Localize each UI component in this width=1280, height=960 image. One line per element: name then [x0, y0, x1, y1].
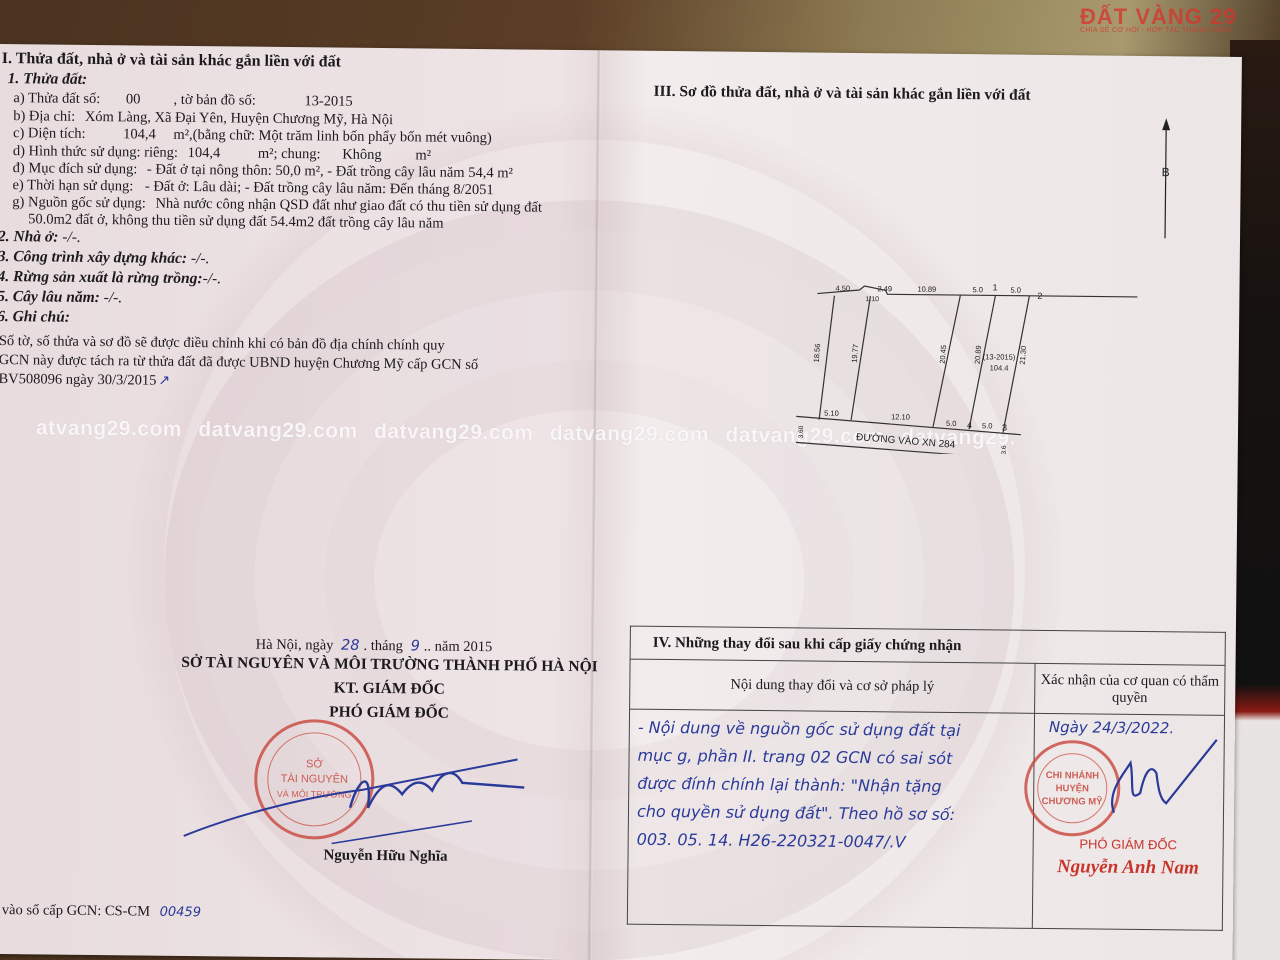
area-label: c) Diện tích: [13, 125, 86, 142]
notes-list: Số tờ, số thửa và sơ đồ sẽ được điều chỉ… [0, 332, 478, 394]
forest-row: 4. Rừng sản xuất là rừng trồng:-/-. [0, 268, 221, 288]
note-line-text: BV508096 ngày 30/3/2015 [0, 371, 156, 389]
perennial-row: 5. Cây lâu năm: -/-. [0, 288, 122, 307]
dimension-label: 4.50 [835, 284, 850, 293]
area-in-words: (bằng chữ: Một trăm linh bốn phẩy bốn mé… [193, 127, 492, 146]
vertex-label: 1 [992, 282, 997, 292]
dimension-label: 5.0 [1010, 286, 1021, 295]
address-value: Xóm Làng, Xã Đại Yên, Huyện Chương Mỹ, H… [85, 109, 393, 128]
parcel-sheet-label: (13-2015) [983, 352, 1016, 361]
registry-number-row: ố vào sổ cấp GCN: CS-CM 00459 [0, 902, 201, 921]
confirmation-cell: Ngày 24/3/2022. CHI NHÁNH HUYỆN CHƯƠNG M… [1032, 713, 1224, 930]
dimension-label: 5.0 [946, 419, 957, 428]
signer-name: Nguyễn Hữu Nghĩa [323, 847, 447, 865]
dimension-label: 5.0 [972, 285, 983, 294]
vertex-label: 4 [967, 420, 972, 430]
dimension-label: 20.89 [973, 345, 983, 364]
house-label: 2. Nhà ở: [0, 228, 58, 246]
branch-signature [1084, 732, 1225, 833]
entry-line: được đính chính lại thành: "Nhận tặng [637, 770, 1027, 802]
certificate-page: I. Thửa đất, nhà ở và tài sản khác gắn l… [0, 44, 1242, 960]
parcel-number-value: 00 [104, 91, 162, 109]
shared-area-unit: m² [415, 147, 431, 163]
issue-place-label: Hà Nội, ngày [256, 637, 334, 654]
notes-heading: 6. Ghi chú: [0, 308, 70, 327]
issue-year: năm 2015 [435, 639, 493, 656]
entry-line: - Nội dung về nguồn gốc sử dụng đất tại [638, 714, 1028, 746]
issue-month: 9 [411, 638, 420, 654]
entry-line: 003. 05. 14. H26-220321-0047/.V [637, 826, 1027, 858]
dimension-label: 12.10 [891, 412, 910, 421]
forest-value: -/-. [203, 270, 222, 287]
dimension-label: 10.89 [917, 285, 936, 294]
dimension-label: 20.45 [938, 345, 948, 364]
section-ii-title: I. Thửa đất, nhà ở và tài sản khác gắn l… [2, 50, 341, 72]
shared-area-label: m²; chung: [258, 146, 321, 163]
other-works-value: -/-. [191, 250, 210, 267]
director-signature [172, 726, 593, 850]
watermark-logo: ĐẤT VÀNG 29 CHIA SẺ CƠ HỘI - HỢP TÁC THÀ… [1080, 4, 1280, 44]
confirm-position: PHÓ GIÁM ĐỐC [1034, 836, 1223, 853]
area-value: 104,4 [123, 126, 156, 142]
parcel-area-label: 104.4 [990, 363, 1009, 372]
address-label: b) Địa chỉ: [13, 108, 75, 125]
perennial-label: 5. Cây lâu năm: [0, 288, 100, 306]
dimension-label: 3.6 [1001, 445, 1008, 454]
dimension-label: 5.10 [824, 409, 839, 418]
parcel-diagram: B 4.502.4910.895.05.01.1018.5619.7720.45… [796, 112, 1240, 457]
initials-mark: ↗ [158, 373, 170, 389]
vertex-label: 3 [1002, 423, 1007, 433]
area-unit: m², [173, 127, 192, 143]
usage-purpose-label: đ) Mục đích sử dụng: [13, 160, 138, 177]
svg-text:B: B [1162, 165, 1170, 179]
north-arrow-icon: B [1161, 118, 1170, 238]
col-header-confirm: Xác nhận của cơ quan có thẩm quyền [1035, 663, 1226, 715]
logo-slogan: CHIA SẺ CƠ HỘI - HỢP TÁC THÀNH CÔNG [1080, 27, 1280, 34]
registry-number: 00459 [160, 905, 202, 920]
parcel-number-row: a) Thửa đất số: 00 , tờ bản đồ số: 13-20… [13, 90, 352, 111]
entry-line: mục g, phần II. trang 02 GCN có sai sót [637, 742, 1027, 774]
dimension-label: 19.77 [850, 344, 860, 363]
forest-label: 4. Rừng sản xuất là rừng trồng: [0, 268, 203, 287]
map-sheet-value: 13-2015 [304, 93, 353, 111]
usage-term-label: e) Thời hạn sử dụng: [12, 177, 133, 194]
changes-table: IV. Những thay đổi sau khi cấp giấy chứn… [627, 626, 1226, 931]
issue-day: 28 [341, 638, 360, 654]
registry-label: ố vào sổ cấp GCN: CS-CM [0, 902, 150, 920]
section-iii-title: III. Sơ đồ thửa đất, nhà ở và tài sản kh… [653, 83, 1030, 105]
dimension-label: 3.60 [798, 425, 805, 438]
map-sheet-label: , tờ bản đồ số: [174, 92, 256, 110]
private-area-value: 104,4 [188, 145, 221, 161]
issue-date: Hà Nội, ngày 28. tháng 9.. năm 2015 [256, 637, 493, 656]
dimension-label: 18.56 [812, 343, 822, 362]
usage-origin-value-2: 50.0m2 đất ở, không thu tiền sử dụng đất… [28, 211, 444, 232]
other-works-row: 3. Công trình xây dựng khác: -/-. [0, 248, 210, 268]
dimension-label: 5.0 [982, 421, 993, 430]
dimension-label: 21.30 [1018, 345, 1028, 364]
issue-month-label: tháng [371, 638, 403, 654]
house-value: -/-. [62, 229, 81, 246]
confirm-signer: Nguyễn Anh Nam [1033, 856, 1222, 880]
vertex-label: 2 [1037, 291, 1042, 301]
shared-area-value: Không [342, 147, 382, 163]
col-header-content: Nội dung thay đổi và cơ sở pháp lý [630, 659, 1036, 713]
house-row: 2. Nhà ở: -/-. [0, 228, 81, 247]
perennial-value: -/-. [104, 289, 123, 306]
usage-form-label: d) Hình thức sử dụng: riêng: [13, 143, 178, 161]
parcel-number-label: a) Thửa đất số: [13, 90, 100, 107]
entry-line: cho quyền sử dụng đất". Theo hồ sơ số: [637, 798, 1027, 830]
dimension-label: 1.10 [865, 296, 879, 303]
usage-origin-label: g) Nguồn gốc sử dụng: [12, 194, 146, 211]
change-content-cell: - Nội dung về nguồn gốc sử dụng đất tại … [627, 709, 1034, 928]
other-works-label: 3. Công trình xây dựng khác: [0, 248, 187, 267]
land-parcel-heading: 1. Thửa đất: [8, 70, 88, 89]
change-entry: - Nội dung về nguồn gốc sử dụng đất tại … [629, 710, 1034, 858]
dimension-label: 2.49 [877, 284, 892, 293]
